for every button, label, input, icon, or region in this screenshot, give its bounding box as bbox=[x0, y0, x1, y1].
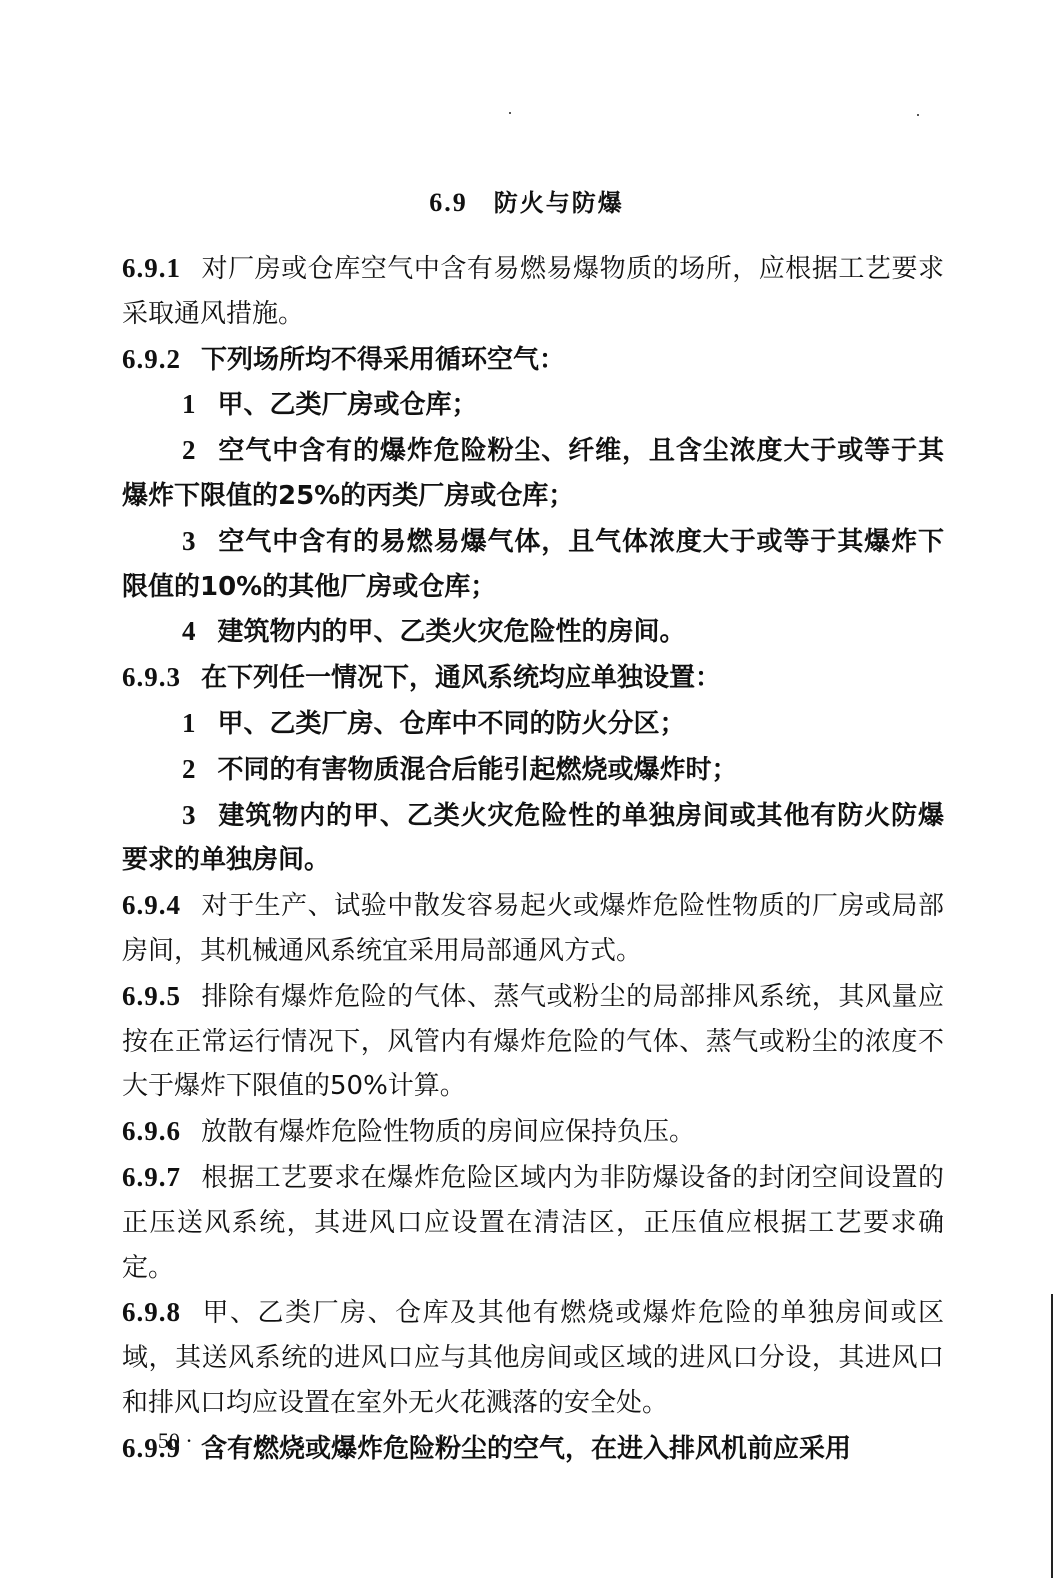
clause-text: 下列场所均不得采用循环空气： bbox=[201, 345, 565, 375]
clause-6-9-7: 6.9.7根据工艺要求在爆炸危险区域内为非防爆设备的封闭空间设置的正压送风系统，… bbox=[122, 1155, 944, 1290]
clause-text: 对厂房或仓库空气中含有易燃易爆物质的场所，应根据工艺要求采取通风措施。 bbox=[122, 254, 944, 329]
item-text: 不同的有害物质混合后能引起燃烧或爆炸时； bbox=[218, 755, 738, 785]
item-text: 空气中含有的易燃易爆气体，且气体浓度大于或等于其爆炸下限值的10%的其他厂房或仓… bbox=[122, 527, 944, 602]
item-number: 2 bbox=[182, 435, 196, 465]
item-number: 4 bbox=[182, 616, 196, 646]
section-title-text: 防火与防爆 bbox=[494, 189, 624, 217]
clause-number: 6.9.7 bbox=[122, 1162, 181, 1192]
clause-6-9-5: 6.9.5排除有爆炸危险的气体、蒸气或粉尘的局部排风系统，其风量应按在正常运行情… bbox=[122, 974, 944, 1109]
document-body: 6.9.1对厂房或仓库空气中含有易燃易爆物质的场所，应根据工艺要求采取通风措施。… bbox=[122, 246, 944, 1472]
clause-text: 在下列任一情况下，通风系统均应单独设置： bbox=[201, 663, 721, 693]
section-title: 6.9防火与防爆 bbox=[0, 183, 1053, 218]
item-number: 3 bbox=[182, 526, 196, 556]
item-number: 3 bbox=[182, 800, 196, 830]
clause-number: 6.9.4 bbox=[122, 890, 181, 920]
clause-6-9-6: 6.9.6放散有爆炸危险性物质的房间应保持负压。 bbox=[122, 1109, 944, 1155]
clause-6-9-4: 6.9.4对于生产、试验中散发容易起火或爆炸危险性物质的厂房或局部房间，其机械通… bbox=[122, 883, 944, 974]
item-text: 空气中含有的爆炸危险粉尘、纤维，且含尘浓度大于或等于其爆炸下限值的25%的丙类厂… bbox=[122, 436, 944, 511]
scan-speck bbox=[509, 112, 511, 114]
list-item: 1甲、乙类厂房、仓库中不同的防火分区； bbox=[122, 701, 944, 747]
clause-text: 根据工艺要求在爆炸危险区域内为非防爆设备的封闭空间设置的正压送风系统，其进风口应… bbox=[122, 1163, 944, 1283]
page-number: · 50 · bbox=[145, 1428, 193, 1454]
clause-number: 6.9.5 bbox=[122, 981, 181, 1011]
clause-number: 6.9.2 bbox=[122, 344, 181, 374]
list-item: 3空气中含有的易燃易爆气体，且气体浓度大于或等于其爆炸下限值的10%的其他厂房或… bbox=[122, 519, 944, 610]
list-item: 1甲、乙类厂房或仓库； bbox=[122, 382, 944, 428]
section-number: 6.9 bbox=[429, 188, 468, 217]
item-text: 建筑物内的甲、乙类火灾危险性的单独房间或其他有防火防爆要求的单独房间。 bbox=[122, 801, 944, 876]
clause-number: 6.9.6 bbox=[122, 1116, 181, 1146]
item-text: 甲、乙类厂房或仓库； bbox=[218, 390, 478, 420]
clause-number: 6.9.8 bbox=[122, 1297, 181, 1327]
clause-text: 甲、乙类厂房、仓库及其他有燃烧或爆炸危险的单独房间或区域，其送风系统的进风口应与… bbox=[122, 1298, 944, 1418]
clause-6-9-2: 6.9.2下列场所均不得采用循环空气： bbox=[122, 337, 944, 383]
clause-number: 6.9.3 bbox=[122, 662, 181, 692]
clause-number: 6.9.1 bbox=[122, 253, 181, 283]
item-text: 建筑物内的甲、乙类火灾危险性的房间。 bbox=[218, 617, 686, 647]
item-number: 1 bbox=[182, 708, 196, 738]
clause-6-9-1: 6.9.1对厂房或仓库空气中含有易燃易爆物质的场所，应根据工艺要求采取通风措施。 bbox=[122, 246, 944, 337]
item-text: 甲、乙类厂房、仓库中不同的防火分区； bbox=[218, 709, 686, 739]
clause-text: 含有燃烧或爆炸危险粉尘的空气，在进入排风机前应采用 bbox=[201, 1434, 851, 1464]
item-number: 1 bbox=[182, 389, 196, 419]
list-item: 4建筑物内的甲、乙类火灾危险性的房间。 bbox=[122, 609, 944, 655]
list-item: 2空气中含有的爆炸危险粉尘、纤维，且含尘浓度大于或等于其爆炸下限值的25%的丙类… bbox=[122, 428, 944, 519]
clause-6-9-3: 6.9.3在下列任一情况下，通风系统均应单独设置： bbox=[122, 655, 944, 701]
clause-text: 放散有爆炸危险性物质的房间应保持负压。 bbox=[201, 1117, 695, 1147]
scan-speck bbox=[917, 114, 919, 116]
clause-6-9-8: 6.9.8甲、乙类厂房、仓库及其他有燃烧或爆炸危险的单独房间或区域，其送风系统的… bbox=[122, 1290, 944, 1425]
list-item: 3建筑物内的甲、乙类火灾危险性的单独房间或其他有防火防爆要求的单独房间。 bbox=[122, 793, 944, 884]
clause-text: 对于生产、试验中散发容易起火或爆炸危险性物质的厂房或局部房间，其机械通风系统宜采… bbox=[122, 891, 944, 966]
item-number: 2 bbox=[182, 754, 196, 784]
list-item: 2不同的有害物质混合后能引起燃烧或爆炸时； bbox=[122, 747, 944, 793]
clause-text: 排除有爆炸危险的气体、蒸气或粉尘的局部排风系统，其风量应按在正常运行情况下，风管… bbox=[122, 982, 944, 1102]
clause-6-9-9: 6.9.9含有燃烧或爆炸危险粉尘的空气，在进入排风机前应采用 bbox=[122, 1426, 944, 1472]
